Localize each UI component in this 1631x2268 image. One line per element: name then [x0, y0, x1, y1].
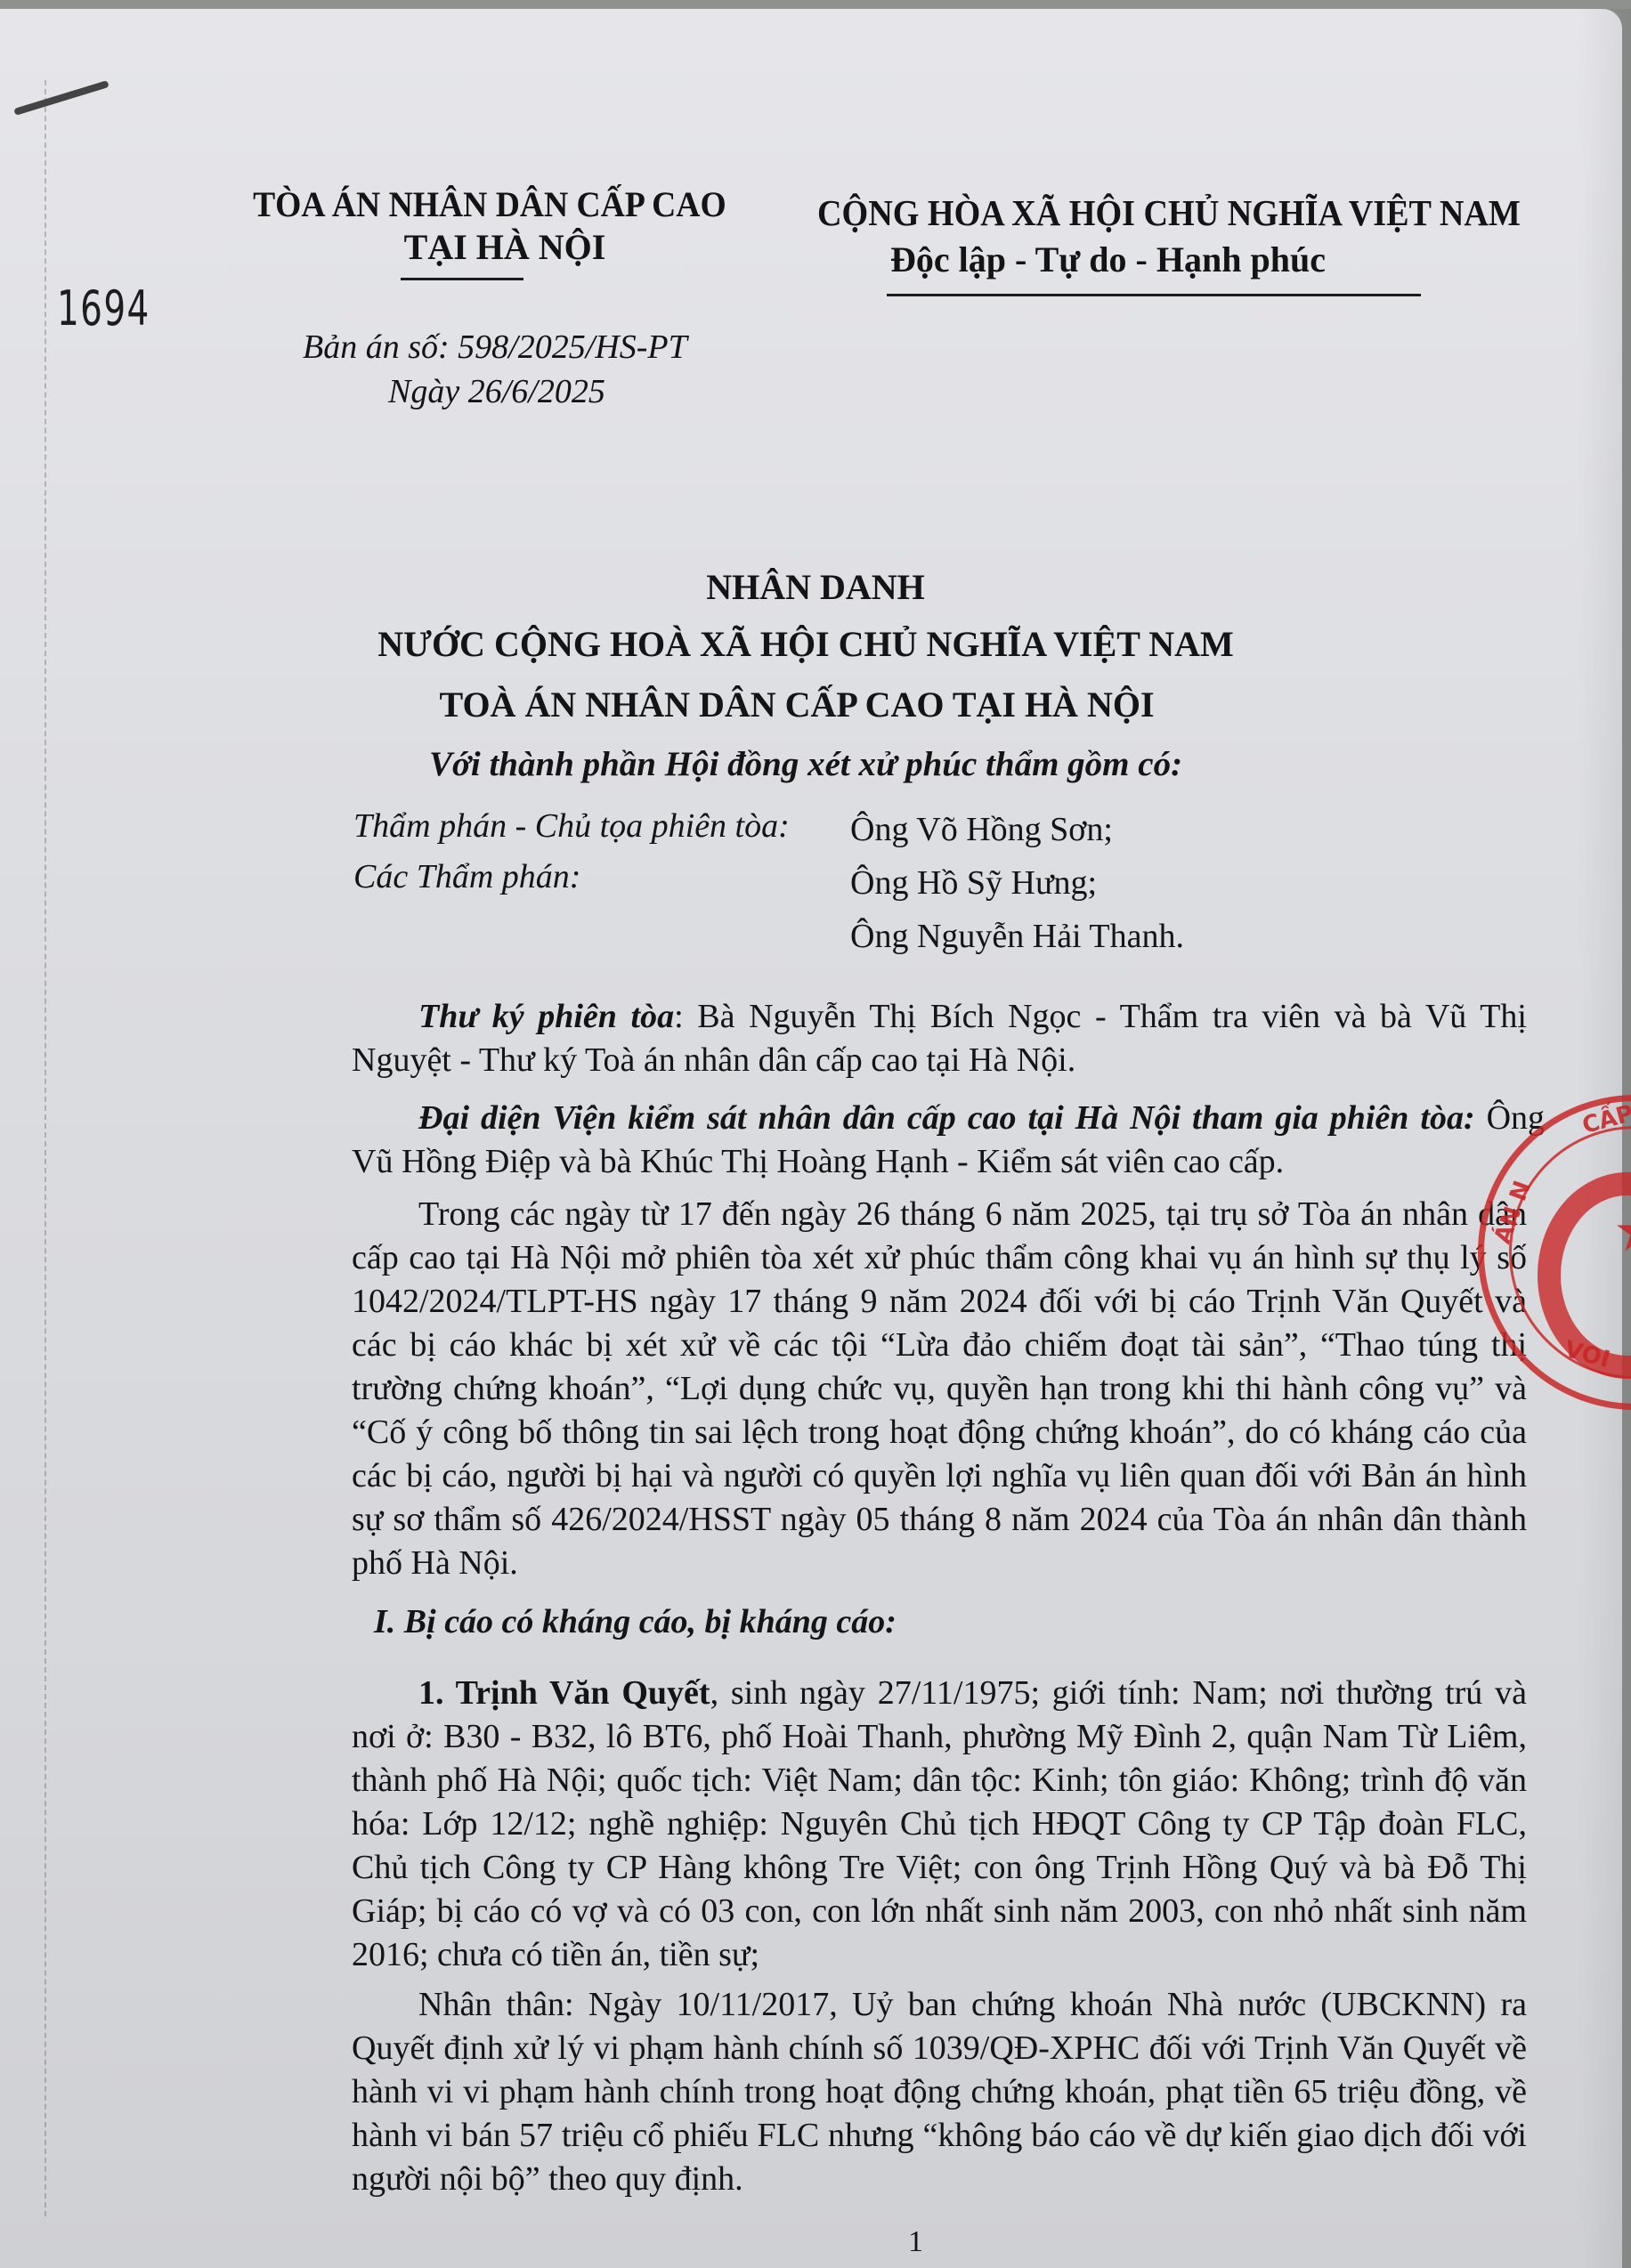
case-number: Bản án số: 598/2025/HS-PT — [303, 328, 687, 367]
republic-title: CỘNG HÒA XÃ HỘI CHỦ NGHĨA VIỆT NAM — [817, 191, 1521, 234]
court-name-line1: TÒA ÁN NHÂN DÂN CẤP CAO — [251, 183, 728, 225]
court-name-underline — [401, 278, 523, 280]
republic-motto: Độc lập - Tự do - Hạnh phúc — [890, 239, 1326, 280]
case-date: Ngày 26/6/2025 — [388, 372, 605, 411]
defendant-1-name: 1. Trịnh Văn Quyết — [418, 1674, 710, 1712]
prosecutor-paragraph: Đại diện Viện kiểm sát nhân dân cấp cao … — [352, 1097, 1545, 1184]
clerk-paragraph: Thư ký phiên tòa: Bà Nguyễn Thị Bích Ngọ… — [352, 995, 1527, 1082]
presiding-judge-label: Thẩm phán - Chủ tọa phiên tòa: — [353, 806, 790, 846]
handwritten-number: 1694 — [57, 280, 150, 336]
panel-heading: Với thành phần Hội đồng xét xử phúc thẩm… — [0, 744, 1611, 784]
intro-text: Trong các ngày từ 17 đến ngày 26 tháng 6… — [352, 1195, 1527, 1582]
background-text: Nhân thân: Ngày 10/11/2017, Uỷ ban chứng… — [352, 1986, 1527, 2198]
defendant-1-paragraph: 1. Trịnh Văn Quyết, sinh ngày 27/11/1975… — [352, 1672, 1527, 1977]
star-icon: ★ — [1613, 1199, 1631, 1265]
page-number: 1 — [908, 2225, 923, 2259]
court-name-line2: TẠI HÀ NỘI — [251, 226, 759, 268]
intro-paragraph: Trong các ngày từ 17 đến ngày 26 tháng 6… — [352, 1193, 1527, 1585]
defendant-1-text: , sinh ngày 27/11/1975; giới tính: Nam; … — [352, 1674, 1527, 1973]
section-heading: I. Bị cáo có kháng cáo, bị kháng cáo: — [374, 1602, 897, 1641]
clerk-label: Thư ký phiên tòa — [418, 998, 674, 1035]
title-court: TOÀ ÁN NHÂN DÂN CẤP CAO TẠI HÀ NỘI — [0, 684, 1594, 725]
prosecutor-label: Đại diện Viện kiểm sát nhân dân cấp cao … — [418, 1099, 1475, 1137]
fold-line — [45, 80, 50, 2216]
presiding-judge-name: Ông Võ Hồng Sơn; — [850, 810, 1113, 849]
judges-label: Các Thẩm phán: — [353, 857, 580, 896]
background-paragraph: Nhân thân: Ngày 10/11/2017, Uỷ ban chứng… — [352, 1983, 1527, 2201]
motto-underline — [887, 294, 1421, 296]
judge-1-name: Ông Hồ Sỹ Hưng; — [850, 863, 1097, 903]
title-in-the-name: NHÂN DANH — [0, 566, 1631, 608]
judge-2-name: Ông Nguyễn Hải Thanh. — [850, 917, 1184, 956]
title-republic: NƯỚC CỘNG HOÀ XÃ HỘI CHỦ NGHĨA VIỆT NAM — [0, 623, 1611, 665]
